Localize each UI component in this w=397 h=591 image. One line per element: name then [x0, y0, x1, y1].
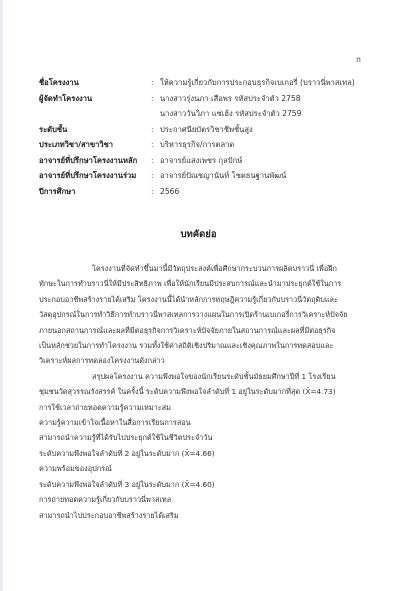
page-left-edge	[0, 0, 3, 591]
summary-line: สามารถนำไปประกอบอาชีพสร้างรายได้เสริม	[39, 508, 359, 523]
info-row-author-1: ผู้จัดทำโครงงาน : นางสาวรุ่งนภา เสือพร ร…	[39, 91, 379, 107]
info-row-co-advisor: อาจารย์ที่ปรึกษาโครงงานร่วม : อาจารย์ปัณ…	[39, 168, 379, 184]
abstract-line: วิเคราะห์ผลการทดลองโครงงานดังกล่าว	[39, 353, 359, 368]
info-value: ให้ความรู้เกี่ยวกับการประกอบธุรกิจเบเกอร…	[160, 75, 355, 91]
summary-line: ความพร้อมของอุปกรณ์	[39, 461, 359, 476]
info-row-project-name: ชื่อโครงงาน : ให้ความรู้เกี่ยวกับการประก…	[39, 75, 379, 91]
abstract-line: ประกอบอาชีพสร้างรายได้เสริม โครงงานนี้ได…	[39, 292, 359, 307]
info-label: ระดับชั้น	[39, 122, 67, 138]
info-colon: :	[151, 137, 154, 153]
summary-line: สรุปผลโครงงาน ความพึงพอใจของนักเรียนระดั…	[39, 369, 359, 384]
info-row-main-advisor: อาจารย์ที่ปรึกษาโครงงานหลัก : อาจารย์แสง…	[39, 153, 379, 169]
summary-line: ชุมชนวัดสุวรรณรังสรรค์ ในครั้งนี้ ระดับค…	[39, 384, 359, 399]
info-value: นางสาววันวิภา แซ่เฮ้ง รหัสประจำตัว 2759	[160, 106, 301, 122]
project-info-table: ชื่อโครงงาน : ให้ความรู้เกี่ยวกับการประก…	[39, 75, 379, 199]
summary-line: การถ่ายทอดความรู้เกี่ยวกับบราวนี่พาสเทล	[39, 492, 359, 507]
abstract-title: บทคัดย่อ	[0, 227, 397, 242]
info-colon: :	[151, 75, 154, 91]
abstract-body: โครงงานที่จัดทำขึ้นมานี้มีวัตถุประสงค์เพ…	[39, 261, 359, 523]
abstract-line: เป็นหลักช่วยในการทำโครงงาน รวมทั้งใช้ค่า…	[39, 338, 359, 353]
abstract-line: โครงงานที่จัดทำขึ้นมานี้มีวัตถุประสงค์เพ…	[39, 261, 359, 276]
info-row-academic-year: ปีการศึกษา : 2566	[39, 184, 379, 200]
info-row-program: ประเภทวิชา/สาขาวิชา : บริหารธุรกิจ/การตล…	[39, 137, 379, 153]
info-value: ประกาศนียบัตรวิชาชีพชั้นสูง	[160, 122, 253, 138]
info-value: นางสาวรุ่งนภา เสือพร รหัสประจำตัว 2758	[160, 91, 301, 107]
info-colon: :	[151, 153, 154, 169]
summary-line: ระดับความพึงพอใจลำดับที่ 3 อยู่ในระดับมา…	[39, 477, 359, 492]
info-value: อาจารย์แสงเพชร กุลปักษ์	[160, 153, 242, 169]
info-colon: :	[151, 91, 154, 107]
summary-line: สามารถนำความรู้ที่ได้รับไปประยุกต์ใช้ในช…	[39, 430, 359, 445]
info-value: บริหารธุรกิจ/การตลาด	[160, 137, 234, 153]
abstract-line: ภายนอกสถานการณ์และผลที่มีต่อธุรกิจการวิเ…	[39, 323, 359, 338]
abstract-line: วัสดุอุปกรณ์ในการทำวิธีการทำบราวนี่พาสเท…	[39, 307, 359, 322]
info-colon: :	[151, 122, 154, 138]
summary-line: ระดับความพึงพอใจลำดับที่ 2 อยู่ในระดับมา…	[39, 446, 359, 461]
info-label: ชื่อโครงงาน	[39, 75, 79, 91]
info-label: ปีการศึกษา	[39, 184, 75, 200]
info-label: ประเภทวิชา/สาขาวิชา	[39, 137, 113, 153]
info-value: 2566	[160, 184, 179, 200]
info-row-level: ระดับชั้น : ประกาศนียบัตรวิชาชีพชั้นสูง	[39, 122, 379, 138]
info-row-author-2: นางสาววันวิภา แซ่เฮ้ง รหัสประจำตัว 2759	[39, 106, 379, 122]
summary-line: การใช้เวลาถ่ายทอดความรู้ความเหมาะสม	[39, 400, 359, 415]
summary-line: ความรู้ความเข้าใจเนื้อหาในสื่อการเรียนกา…	[39, 415, 359, 430]
info-value: อาจารย์ปัณชญานันท์ โชตธนฐานพัฒน์	[160, 168, 286, 184]
info-colon: :	[151, 168, 154, 184]
info-label: ผู้จัดทำโครงงาน	[39, 91, 92, 107]
page-number: ก	[356, 53, 361, 66]
info-label: อาจารย์ที่ปรึกษาโครงงานหลัก	[39, 153, 137, 169]
info-label: อาจารย์ที่ปรึกษาโครงงานร่วม	[39, 168, 136, 184]
abstract-line: ทักษะในการทำบราวนี่ให้มีประสิทธิภาพ เพื่…	[39, 276, 359, 291]
info-colon: :	[151, 184, 154, 200]
